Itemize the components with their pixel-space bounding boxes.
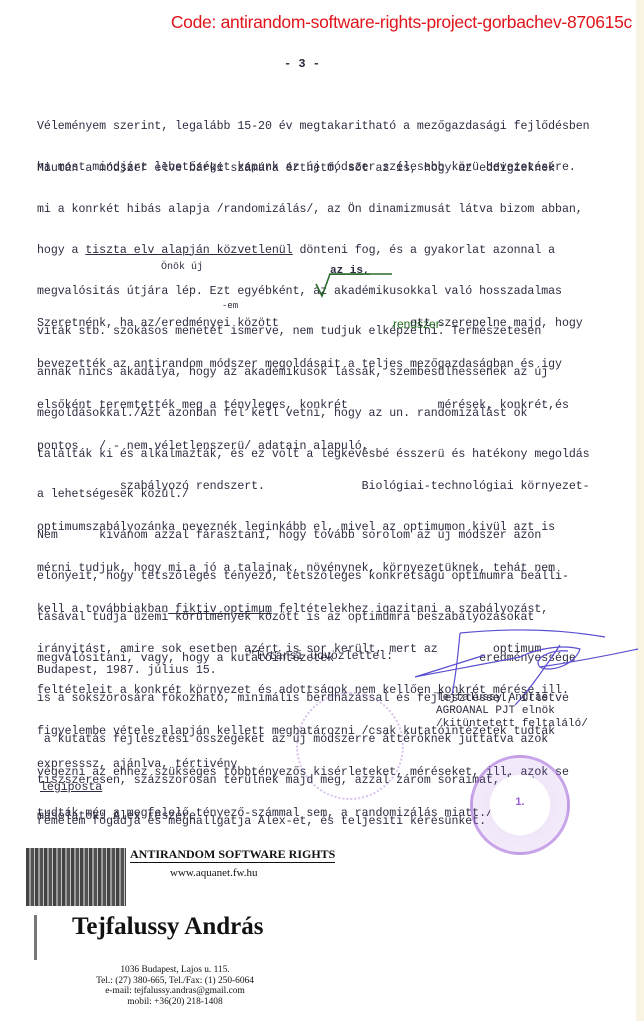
signer-note: /kitüntetett feltaláló/ [436,718,588,730]
text-line: Nem kivánom azzal fárasztani, hogy továb… [37,529,576,543]
text-line: tásával tudja üzemi körülmények között i… [37,611,576,625]
text-line: Szeretnénk, ha az/eredményei között ott … [37,317,590,331]
place-date: Budapest, 1987. július 15. [37,664,217,678]
signer-title: AGROANAL PJT elnök [436,705,555,717]
underlined-phrase: tiszta elv alapján közvetlenül [85,244,292,257]
airmail-note: légiposta [40,781,102,795]
text-line: Miután a módszer elve bárki számára érth… [37,162,590,176]
signer-name: Tejfalussy András [436,692,548,704]
card-contact: 1036 Budapest, Lajos u. 115. Tel.: (27) … [80,965,270,1007]
paper-edge [636,0,644,1021]
greeting: "lvtársi üdvözlettel: [248,650,393,664]
signature-block: Tejfalussy András AGROANAL PJT elnök /ki… [436,692,588,731]
page-number: - 3 - [284,57,320,71]
copies-note: másolatok: Alex részére [37,810,196,824]
card-mobile: mobil: +36(20) 218-1408 [80,997,270,1008]
card-address: 1036 Budapest, Lajos u. 115. [80,965,270,976]
business-card: ANTIRANDOM SOFTWARE RIGHTS www.aquanet.f… [20,845,310,1015]
text-line: pontos / - nem véletlenszerü/ adatain al… [37,440,590,454]
annotation-onok-uj: Önök új [161,262,203,273]
card-url[interactable]: www.aquanet.fw.hu [170,867,257,879]
card-title: ANTIRANDOM SOFTWARE RIGHTS [130,847,335,863]
card-name: Tejfalussy András [72,913,264,941]
logo-image [26,848,126,906]
card-phone: Tel.: (27) 380-665, Tel./Fax: (1) 250-60… [80,976,270,987]
text-line: bevezették az antirandom módszer megoldá… [37,358,590,372]
mailing-method: expresssz, ajánlva, tértivény [37,758,237,772]
text-line-underlined: hogy a tiszta elv alapján közvetlenül dö… [37,244,590,258]
card-divider [34,915,37,960]
stamp-number: 1. [473,796,567,808]
text-line: elsőként teremtették meg a tényleges, ko… [37,399,590,413]
text-line: Véleményem szerint, legalább 15-20 év me… [37,120,590,134]
document-code: Code: antirandom-software-rights-project… [171,12,632,33]
text-line: szabályozó rendszert. Biológiai-technoló… [37,480,590,494]
faded-stamp [296,692,404,800]
organization-stamp: 1. [470,755,570,855]
text-line: előnyeit, hogy tetszőleges tényező, tets… [37,570,576,584]
text-line: mi a konrkét hibás alapja /randomizálás/… [37,203,590,217]
card-email[interactable]: e-mail: tejfalussy.andras@gmail.com [80,986,270,997]
